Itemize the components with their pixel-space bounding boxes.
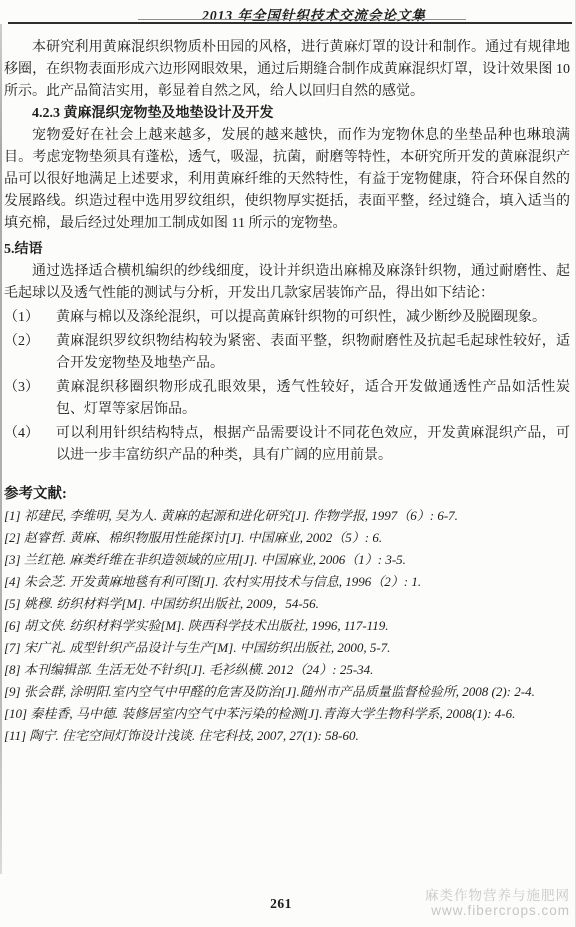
conclusion-item: （1） 黄麻与棉以及涤纶混织，可以提高黄麻针织物的可织性，减少断纱及脱圈现象。 <box>4 307 570 329</box>
reference-entry: [2] 赵睿哲. 黄麻、棉织物服用性能探讨[J]. 中国麻业, 2002（5）:… <box>4 527 570 549</box>
scan-edge-left <box>0 24 2 874</box>
paragraph-conclusion-intro: 通过选择适合横机编织的纱线细度，设计并织造出麻棉及麻涤针织物，通过耐磨性、起毛起… <box>4 261 570 305</box>
reference-entry: [10] 秦桂香, 马中德. 装修居室内空气中苯污染的检测[J].青海大学生物科… <box>4 703 570 725</box>
conclusion-number: （2） <box>4 331 56 375</box>
watermark: 麻类作物营养与施肥网 www.fibercrops.com <box>425 888 570 918</box>
reference-entry: [3] 兰红艳. 麻类纤维在非织造领域的应用[J]. 中国麻业, 2006（1）… <box>4 549 570 571</box>
header-rule-thin <box>138 19 466 20</box>
header-rule-thick <box>8 22 572 24</box>
conclusion-item: （2） 黄麻混织罗纹织物结构较为紧密、表面平整，织物耐磨性及抗起毛起球性较好，适… <box>4 331 570 375</box>
page-header: 2013 年全国针织技术交流会论文集 <box>0 0 576 24</box>
conclusion-text: 可以利用针织结构特点，根据产品需要设计不同花色效应，开发黄麻混织产品，可以进一步… <box>56 423 570 467</box>
reference-entry: [8] 本刊编辑部. 生活无处不针织[J]. 毛衫纵横. 2012（24）: 2… <box>4 659 570 681</box>
reference-entry: [11] 陶宁. 住宅空间灯饰设计浅谈. 住宅科技, 2007, 27(1): … <box>4 725 570 747</box>
conclusion-text: 黄麻混织移圈织物形成孔眼效果，透气性较好，适合开发做通透性产品如活性炭包、灯罩等… <box>56 377 570 421</box>
conclusion-text: 黄麻与棉以及涤纶混织，可以提高黄麻针织物的可织性，减少断纱及脱圈现象。 <box>56 307 570 329</box>
section-heading-423: 4.2.3 黄麻混织宠物垫及地垫设计及开发 <box>4 103 570 125</box>
conclusion-item: （3） 黄麻混织移圈织物形成孔眼效果，透气性较好，适合开发做通透性产品如活性炭包… <box>4 377 570 421</box>
reference-entry: [1] 祁建民, 李维明, 吴为人. 黄麻的起源和进化研究[J]. 作物学报, … <box>4 505 570 527</box>
article-body: 本研究利用黄麻混织织物质朴田园的风格，进行黄麻灯罩的设计和制作。通过有规律地移圈… <box>0 24 576 747</box>
conclusion-number: （1） <box>4 307 56 329</box>
proceedings-title: 2013 年全国针织技术交流会论文集 <box>202 4 426 24</box>
reference-entry: [4] 朱会芝. 开发黄麻地毯有利可图[J]. 农村实用技术与信息, 1996（… <box>4 571 570 593</box>
section-heading-conclusion: 5.结语 <box>4 239 570 261</box>
conclusion-text: 黄麻混织罗纹织物结构较为紧密、表面平整，织物耐磨性及抗起毛起球性较好，适合开发宠… <box>56 331 570 375</box>
reference-entry: [5] 姚穆. 纺织材料学[M]. 中国纺织出版社, 2009，54-56. <box>4 593 570 615</box>
conclusion-number: （3） <box>4 377 56 421</box>
conclusion-number: （4） <box>4 423 56 467</box>
paragraph-lampshade: 本研究利用黄麻混织织物质朴田园的风格，进行黄麻灯罩的设计和制作。通过有规律地移圈… <box>4 37 570 103</box>
reference-entry: [7] 宋广礼. 成型针织产品设计与生产[M]. 中国纺织出版社, 2000, … <box>4 637 570 659</box>
paragraph-petmat: 宠物爱好在社会上越来越多，发展的越来越快，而作为宠物休息的坐垫品种也琳琅满目。考… <box>4 125 570 235</box>
scanned-paper-page: 2013 年全国针织技术交流会论文集 本研究利用黄麻混织织物质朴田园的风格，进行… <box>0 0 576 927</box>
reference-entry: [9] 张会群, 涂明阳.室内空气中甲醛的危害及防治[J].随州市产品质量监督检… <box>4 681 570 703</box>
reference-entry: [6] 胡文侠. 纺织材料学实验[M]. 陕西科学技术出版社, 1996, 11… <box>4 615 570 637</box>
references-heading: 参考文献: <box>4 483 570 505</box>
watermark-url: www.fibercrops.com <box>425 903 570 918</box>
conclusion-item: （4） 可以利用针织结构特点，根据产品需要设计不同花色效应，开发黄麻混织产品，可… <box>4 423 570 467</box>
watermark-site-name: 麻类作物营养与施肥网 <box>425 888 570 903</box>
